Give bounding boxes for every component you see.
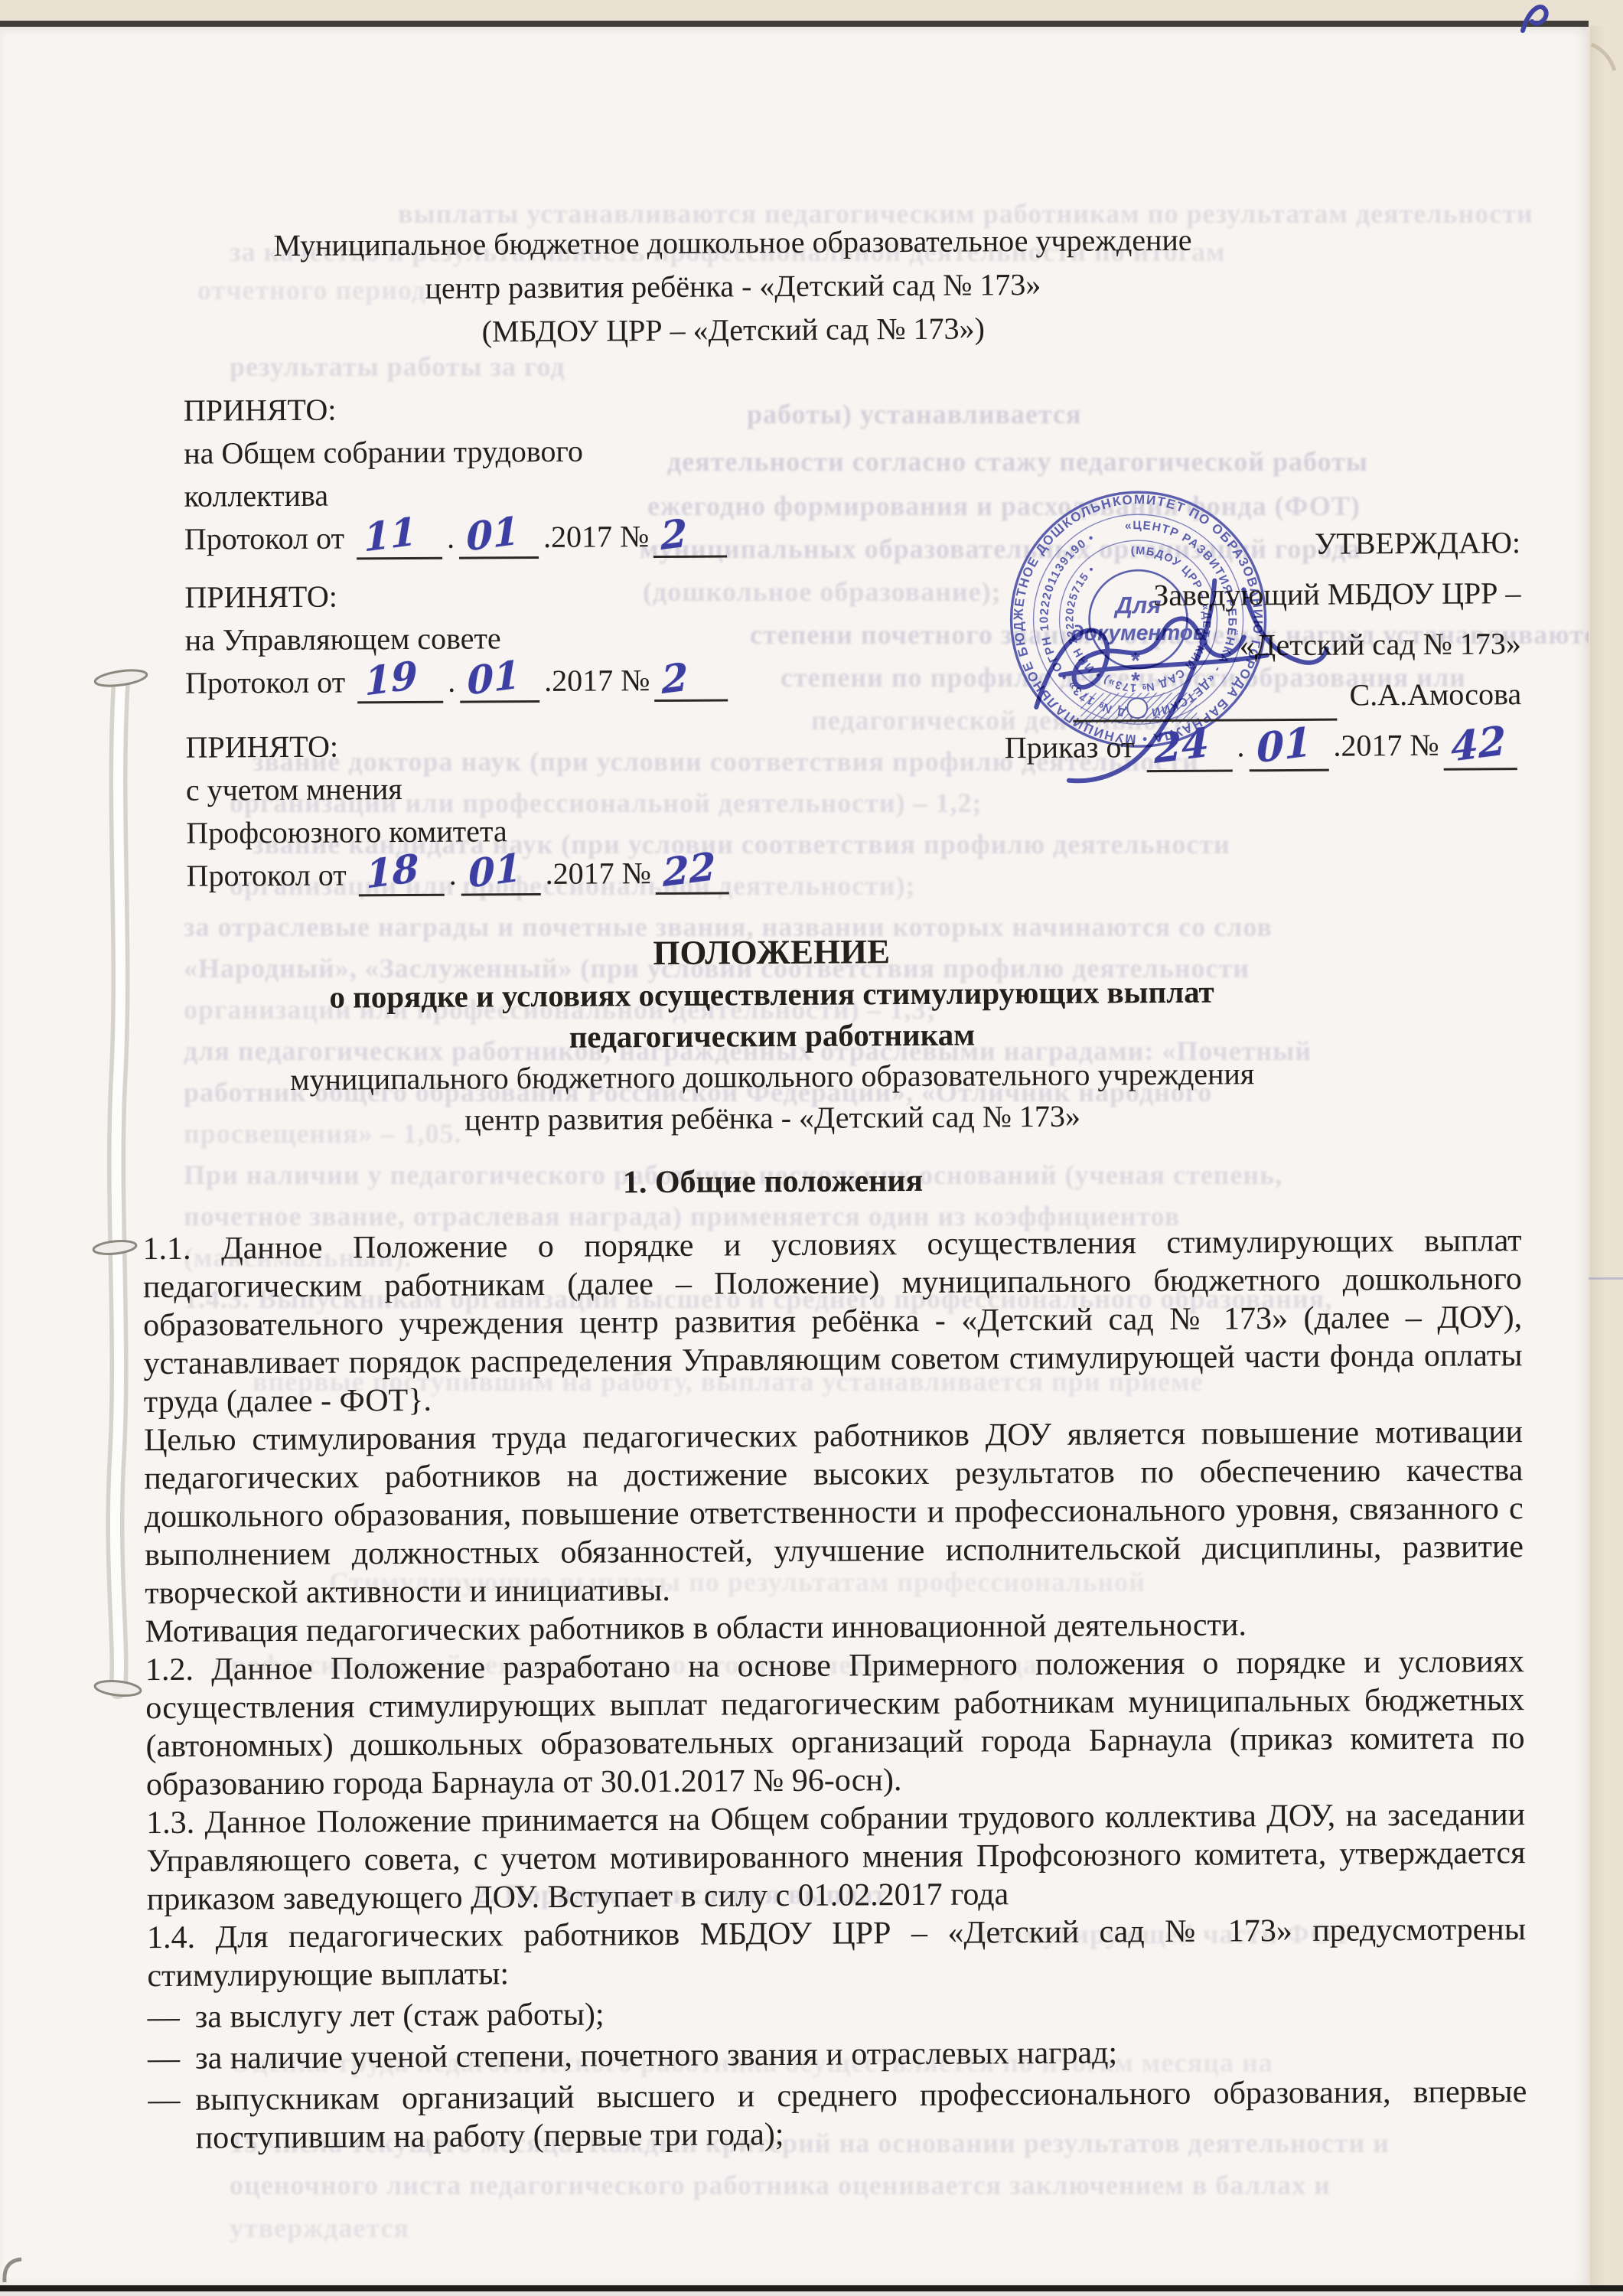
handwritten-day: 18 [366, 849, 419, 894]
org-name-line1: Муниципальное бюджетное дошкольное образ… [109, 217, 1356, 268]
scanner-bottom-strip [0, 2291, 1623, 2296]
org-name-line2: центр развития ребёнка - «Детский сад № … [109, 260, 1357, 311]
handwritten-number: 2 [661, 657, 689, 700]
page-bottom-edge [0, 2285, 1623, 2291]
bullet-item: —выпускникам организаций высшего и средн… [148, 2073, 1527, 2157]
body-text: 1.1. Данное Положение о порядке и услови… [142, 1221, 1527, 2157]
title-line: о порядке и условиях осуществления стиму… [144, 970, 1399, 1019]
handwritten-month: 01 [467, 655, 520, 700]
bullet-dash: — [148, 2081, 196, 2157]
accepted-label: ПРИНЯТО: [184, 572, 766, 619]
paragraph-1-4: 1.4. Для педагогических работников МБДОУ… [147, 1910, 1527, 1995]
handwritten-number: 42 [1451, 721, 1507, 768]
bullet-dash: — [148, 1998, 195, 2037]
accepted-block-governing-council: ПРИНЯТО: на Управляющем совете Протокол … [184, 572, 767, 705]
director-name: С.А.Амосова [1349, 677, 1521, 712]
binding-thread [69, 657, 184, 1720]
protocol-day-blank: 18 [359, 866, 445, 897]
paragraph-1-3: 1.3. Данное Положение принимается на Общ… [146, 1795, 1526, 1919]
accepted-label: ПРИНЯТО: [184, 386, 765, 432]
protocol-label: Протокол от [184, 521, 344, 556]
handwritten-month: 01 [466, 511, 520, 556]
protocol-line: Протокол от 18.01.2017 №22 [186, 851, 768, 898]
paragraph-goal: Целью стимулирования труда педагогически… [144, 1413, 1524, 1613]
handwritten-number: 22 [663, 847, 716, 892]
section-heading: 1. Общие положения [145, 1159, 1400, 1204]
accepted-label: ПРИНЯТО: [185, 722, 767, 769]
title-line: центр развития ребёнка - «Детский сад № … [145, 1094, 1400, 1143]
org-header: Муниципальное бюджетное дошкольное образ… [109, 217, 1357, 355]
paper-sheet: выплаты устанавливаются педагогическим р… [0, 26, 1589, 2285]
handwritten-month: 01 [468, 848, 522, 893]
thread-knot-middle [93, 1239, 136, 1256]
accepted-line: с учетом мнения [186, 765, 768, 812]
order-no-label: № [1410, 728, 1439, 762]
protocol-month-blank: 01 [459, 529, 539, 559]
accepted-block-trade-union: ПРИНЯТО: с учетом мнения Профсоюзного ко… [185, 722, 768, 898]
thread-knot-bottom [94, 1679, 142, 1698]
bullet-item: —за выслугу лет (стаж работы); [148, 1990, 1527, 2037]
scanned-document-page: { "colors":{"stamp_blue":"#4a4ea6","ink_… [0, 0, 1623, 2296]
paragraph-1-2: 1.2. Данное Положение разработано на осн… [145, 1642, 1525, 1804]
director-signature [1014, 559, 1344, 798]
protocol-number-blank: 22 [656, 864, 729, 895]
bullet-dash: — [148, 2040, 195, 2078]
protocol-number-blank: 2 [654, 671, 728, 702]
title-line: педагогическим работникам [145, 1011, 1400, 1060]
bullet-item: —за наличие ученой степени, почетного зв… [148, 2031, 1527, 2078]
title-word: ПОЛОЖЕНИЕ [144, 927, 1399, 977]
protocol-line: Протокол от 19.01.2017 №2 [185, 658, 767, 705]
protocol-month-blank: 01 [460, 673, 539, 703]
order-number-blank: 42 [1444, 740, 1517, 771]
title-line: муниципального бюджетного дошкольного об… [145, 1052, 1400, 1101]
protocol-month-blank: 01 [461, 866, 541, 896]
protocol-number-blank: 2 [653, 527, 727, 558]
paragraph-1-1: 1.1. Данное Положение о порядке и услови… [142, 1221, 1522, 1421]
bullet-text: выпускникам организаций высшего и средне… [195, 2073, 1527, 2157]
bullet-text: за наличие ученой степени, почетного зва… [195, 2031, 1527, 2078]
protocol-year: .2017 [544, 663, 613, 698]
handwritten-day: 11 [363, 512, 417, 557]
protocol-line: Протокол от 11.01.2017 №2 [184, 514, 766, 561]
protocol-label: Протокол от [185, 665, 345, 700]
org-name-line3: (МБДОУ ЦРР – «Детский сад № 173») [109, 304, 1357, 355]
thread-knot-top [94, 667, 148, 688]
protocol-no-label: № [621, 663, 650, 697]
scanner-right-shade [1590, 26, 1607, 2285]
protocol-day-blank: 11 [357, 530, 442, 560]
handwritten-number: 2 [660, 514, 688, 556]
protocol-year: .2017 [543, 519, 612, 554]
document-title: ПОЛОЖЕНИЕ о порядке и условиях осуществл… [144, 927, 1400, 1143]
handwritten-day: 19 [364, 656, 418, 701]
document-content: Муниципальное бюджетное дошкольное образ… [0, 26, 1589, 2285]
protocol-no-label: № [620, 519, 649, 553]
protocol-year: .2017 [546, 856, 614, 891]
accepted-line: на Общем собрании трудового [184, 429, 765, 475]
protocol-no-label: № [622, 856, 651, 890]
protocol-label: Протокол от [186, 858, 346, 893]
protocol-day-blank: 19 [357, 673, 443, 704]
bullet-text: за выслугу лет (стаж работы); [195, 1990, 1527, 2037]
accepted-block-general-meeting: ПРИНЯТО: на Общем собрании трудового кол… [184, 386, 766, 561]
